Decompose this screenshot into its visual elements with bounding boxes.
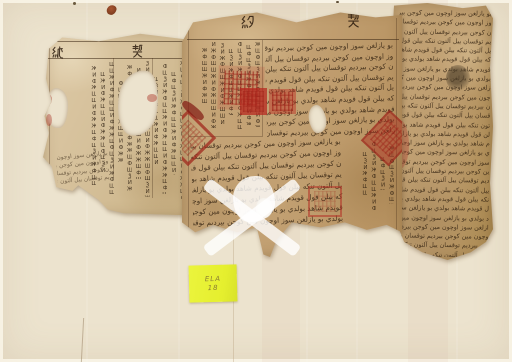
document-fragment-right: بو يازلغن سوز اوچون مين كوجن بيرديم توقس… <box>392 3 493 260</box>
solid-red-block-seal <box>240 88 267 115</box>
sticky-note: ELA 18 <box>189 264 238 302</box>
seal-script-pattern <box>243 91 265 113</box>
small-square-seal <box>269 89 296 114</box>
cursive-annotation: بو يازلغن سوز اوچون مين كوجن بيرديم توقس… <box>55 150 110 192</box>
header-char-zhi-icon <box>51 46 64 60</box>
arabic-text-lines-right: بو يازلغن سوز اوچون مين كوجن بيرديم توقس… <box>396 8 491 257</box>
leaf-debris-speck <box>105 3 118 16</box>
header-char-qi-icon <box>131 44 144 58</box>
ink-stain <box>446 65 470 91</box>
header-char-yue-icon <box>240 15 255 31</box>
printed-rule <box>49 41 50 213</box>
sim-text-column: ЩѮИЖФШЩЖИФЖЩШИФЖЖШФЩѮИЖФШЩЖИФЖЩШИФЖ <box>362 152 368 197</box>
printed-rule <box>187 39 399 40</box>
sim-script-line: وقسان ييل آلتون تنكه بيلن قول قويدم شاهد… <box>396 250 488 258</box>
red-speck <box>147 94 157 102</box>
sticky-note-line2: 18 <box>208 284 219 292</box>
sticky-note-line1: ELA <box>205 275 221 283</box>
outline-square-seal <box>308 186 342 217</box>
debris-speck <box>336 1 339 3</box>
scan-background: بو يازلغن سوز اوچون مين كوجن بيرديم توقس… <box>0 0 512 362</box>
red-speck <box>46 114 52 126</box>
printed-rule <box>48 41 188 42</box>
paper-left: ЖШФЩѮИЖФШЩЖИФЖЩШИФЖЖШФЩѮИЖФШЩЖИФЖЩШИФЖШФ… <box>43 30 190 217</box>
debris-speck <box>73 2 76 5</box>
paper-right: بو يازلغن سوز اوچون مين كوجن بيرديم توقس… <box>392 3 493 260</box>
seal-script-pattern <box>272 92 293 111</box>
sim-text-column: ШФЩѮИЖФШЩЖИФЖЩШИФЖЖШФЩѮИЖФШЩЖИФЖЩШИФЖ <box>170 72 176 176</box>
document-fragment-center: ЖШФЩѮИЖФШЩЖИФЖЩШИФЖЖШФЩѮИЖФШЩЖИФЖЩШИФЖШФ… <box>182 10 402 257</box>
document-fragment-left: ЖШФЩѮИЖФШЩЖИФЖЩШИФЖЖШФЩѮИЖФШЩЖИФЖЩШИФЖШФ… <box>43 30 190 217</box>
header-char-qi-icon <box>346 12 361 28</box>
red-speck <box>44 94 52 105</box>
thread-debris <box>81 318 84 362</box>
sim-text-column: ФЩѮИЖФШЩЖИФЖЩШИФЖЖШФЩѮИЖФШЩЖИФЖЩШИФЖ <box>161 64 167 194</box>
paper-center: ЖШФЩѮИЖФШЩЖИФЖЩШИФЖЖШФЩѮИЖФШЩЖИФЖЩШИФЖШФ… <box>182 10 402 257</box>
seal-script-pattern <box>314 191 337 212</box>
sim-text-column: ЖФШЩЖИФЖЩШИФЖЖШФЩѮИЖФШЩЖИФЖЩШИФЖ <box>201 48 207 104</box>
printed-rule <box>48 58 189 59</box>
sim-text-column: ИЖФШЩЖИФЖЩШИФЖЖШФЩѮИЖФШЩЖИФЖЩШИФЖ <box>210 42 216 128</box>
